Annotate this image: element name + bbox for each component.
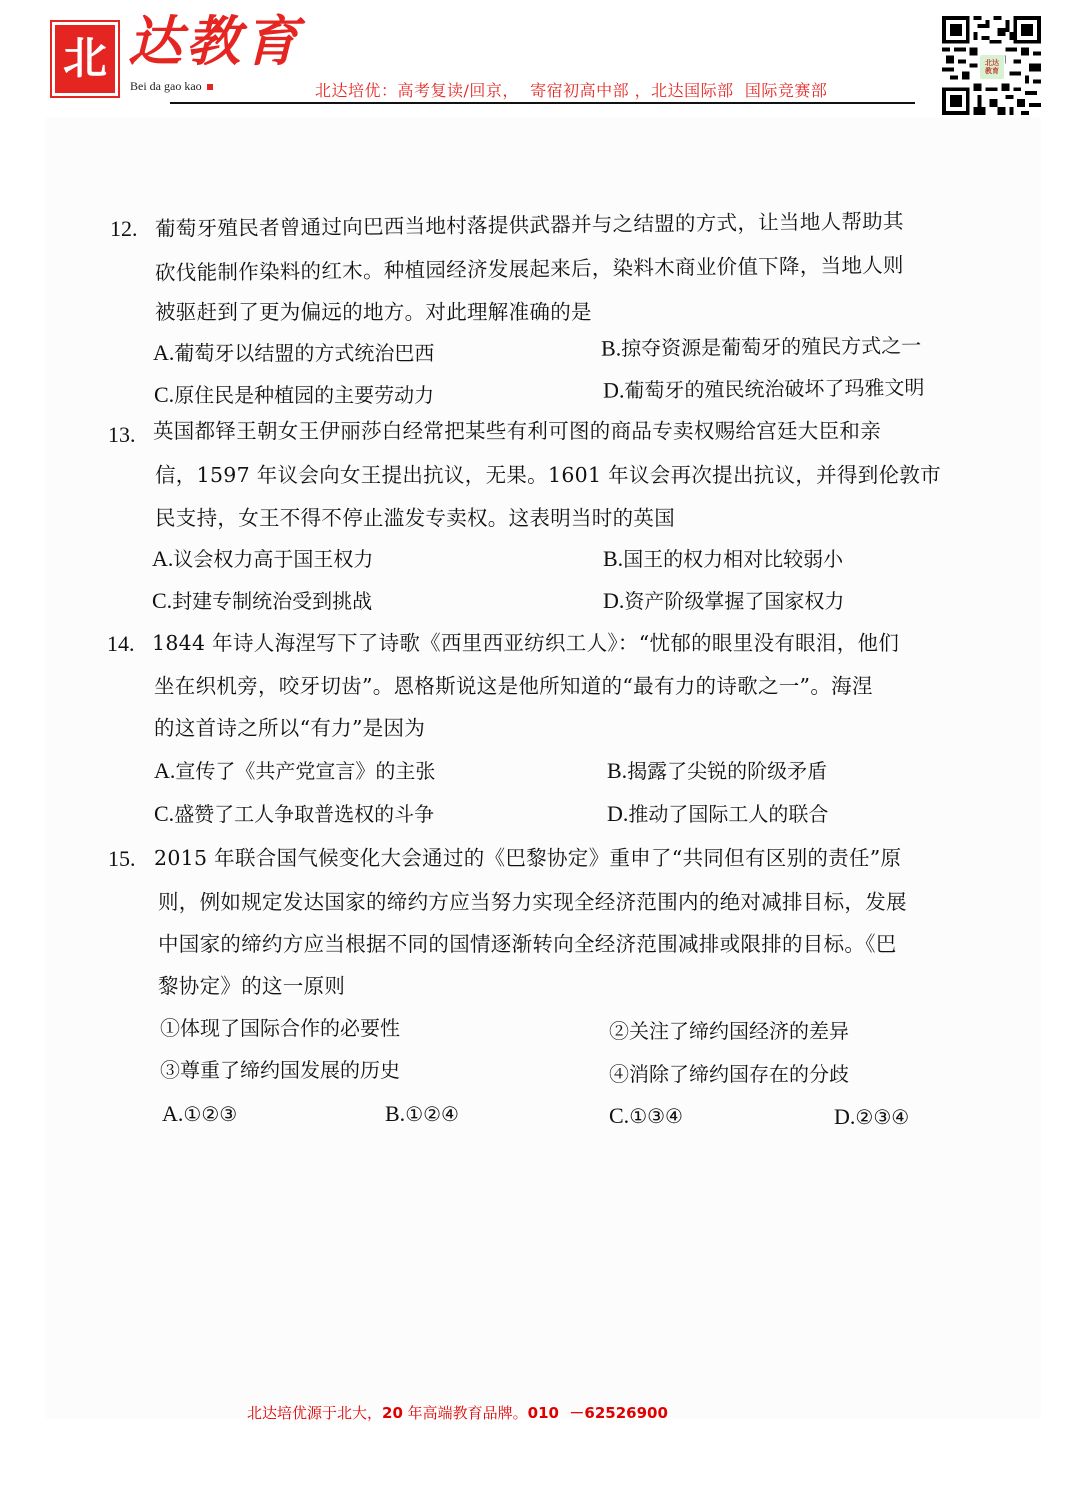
option-d[interactable]: D.葡萄牙的殖民统治破坏了玛雅文明 bbox=[603, 376, 925, 401]
logo-subtitle: Bei da gao kao bbox=[130, 79, 213, 94]
question-number: 14. bbox=[107, 633, 135, 655]
option-b[interactable]: B.①②④ bbox=[385, 1103, 459, 1125]
option-a[interactable]: A.①②③ bbox=[162, 1103, 237, 1125]
option-letter: A. bbox=[162, 1101, 183, 1126]
option-text: ②③④ bbox=[855, 1105, 909, 1129]
option-text: 原住民是种植园的主要劳动力 bbox=[174, 383, 434, 407]
option-letter: A. bbox=[153, 340, 174, 365]
option-a[interactable]: A.议会权力高于国王权力 bbox=[152, 548, 373, 570]
red-square-icon bbox=[207, 84, 213, 90]
option-text: 盛赞了工人争取普选权的斗争 bbox=[174, 802, 434, 826]
option-text: 封建专制统治受到挑战 bbox=[172, 589, 372, 613]
option-letter: B. bbox=[603, 546, 623, 571]
question-stem-line: 2015 年联合国气候变化大会通过的《巴黎协定》重申了“共同但有区别的责任”原 bbox=[154, 848, 901, 869]
question-number: 12. bbox=[110, 218, 138, 240]
footer-phone: 010 －62526900 bbox=[528, 1404, 668, 1422]
option-letter: D. bbox=[603, 377, 625, 402]
question-stem-line: 黎协定》的这一原则 bbox=[158, 976, 345, 997]
option-text: 葡萄牙的殖民统治破坏了玛雅文明 bbox=[624, 375, 924, 402]
option-c[interactable]: C.原住民是种植园的主要劳动力 bbox=[154, 384, 434, 406]
option-d[interactable]: D.②③④ bbox=[834, 1106, 909, 1128]
option-text: 国王的权力相对比较弱小 bbox=[623, 547, 843, 571]
question-number: 13. bbox=[108, 424, 136, 446]
logo-mark: 北 bbox=[50, 20, 120, 98]
page-footer: 北达培优源于北大，20 年高端教育品牌。010 －62526900 bbox=[247, 1402, 668, 1423]
option-text: ①②④ bbox=[405, 1102, 459, 1126]
question-stem-line: 英国都铎王朝女王伊丽莎白经常把某些有利可图的商品专卖权赐给宫廷大臣和亲 bbox=[153, 421, 881, 442]
option-letter: D. bbox=[603, 588, 624, 613]
statement-1: ①体现了国际合作的必要性 bbox=[160, 1018, 400, 1038]
question-stem-line: 坐在织机旁，咬牙切齿”。恩格斯说这是他所知道的“最有力的诗歌之一”。海涅 bbox=[154, 676, 873, 697]
logo-title: 达教育 bbox=[128, 14, 302, 68]
option-b[interactable]: B.掠夺资源是葡萄牙的殖民方式之一 bbox=[601, 334, 921, 359]
option-b[interactable]: B.国王的权力相对比较弱小 bbox=[603, 548, 843, 570]
option-text: 推动了国际工人的联合 bbox=[628, 802, 828, 826]
qr-center-text-2: 教育 bbox=[985, 67, 999, 75]
option-text: ①③④ bbox=[629, 1104, 683, 1128]
header-slogan: 北达培优：高考复读/回京， 寄宿初高中部 ，北达国际部 国际竞赛部 bbox=[315, 78, 827, 101]
option-letter: C. bbox=[152, 588, 172, 613]
page-header: 北 达教育 Bei da gao kao 北达培优：高考复读/回京， 寄宿初高中… bbox=[0, 0, 1087, 118]
footer-years: 20 bbox=[382, 1404, 403, 1422]
logo-subtitle-text: Bei da gao kao bbox=[130, 79, 202, 94]
question-stem-line: 被驱赶到了更为偏远的地方。对此理解准确的是 bbox=[155, 302, 592, 323]
option-letter: B. bbox=[385, 1101, 405, 1126]
question-stem-line: 中国家的缔约方应当根据不同的国情逐渐转向全经济范围减排或限排的目标。《巴 bbox=[158, 934, 897, 955]
option-a[interactable]: A.宣传了《共产党宣言》的主张 bbox=[154, 760, 435, 782]
footer-text: 年高端教育品牌。 bbox=[403, 1404, 528, 1422]
option-text: 葡萄牙以结盟的方式统治巴西 bbox=[174, 341, 434, 365]
statement-2: ②关注了缔约国经济的差异 bbox=[609, 1021, 849, 1041]
question-stem-line: 1844 年诗人海涅写下了诗歌《西里西亚纺织工人》：“忧郁的眼里没有眼泪，他们 bbox=[152, 633, 899, 654]
question-stem-line: 的这首诗之所以“有力”是因为 bbox=[154, 718, 425, 739]
option-text: 掠夺资源是葡萄牙的殖民方式之一 bbox=[621, 333, 921, 360]
option-text: 资产阶级掌握了国家权力 bbox=[624, 589, 844, 613]
option-c[interactable]: C.①③④ bbox=[609, 1105, 683, 1127]
option-d[interactable]: D.资产阶级掌握了国家权力 bbox=[603, 590, 844, 612]
option-b[interactable]: B.揭露了尖锐的阶级矛盾 bbox=[607, 760, 827, 782]
question-stem-line: 民支持，女王不得不停止滥发专卖权。这表明当时的英国 bbox=[155, 508, 675, 529]
option-c[interactable]: C.盛赞了工人争取普选权的斗争 bbox=[154, 803, 434, 825]
header-divider bbox=[170, 102, 915, 104]
option-letter: D. bbox=[834, 1104, 855, 1129]
option-text: 议会权力高于国王权力 bbox=[173, 547, 373, 571]
logo-mark-char: 北 bbox=[63, 37, 107, 81]
question-stem-line: 则，例如规定发达国家的缔约方应当努力实现全经济范围内的绝对减排目标，发展 bbox=[158, 892, 907, 913]
statement-4: ④消除了缔约国存在的分歧 bbox=[609, 1064, 849, 1084]
option-letter: A. bbox=[152, 546, 173, 571]
question-number: 15. bbox=[108, 848, 136, 870]
option-c[interactable]: C.封建专制统治受到挑战 bbox=[152, 590, 372, 612]
option-letter: C. bbox=[154, 801, 174, 826]
statement-3: ③尊重了缔约国发展的历史 bbox=[160, 1060, 400, 1080]
option-letter: D. bbox=[607, 801, 628, 826]
option-text: ①②③ bbox=[183, 1102, 237, 1126]
question-stem-line: 信，1597 年议会向女王提出抗议，无果。1601 年议会再次提出抗议，并得到伦… bbox=[155, 465, 941, 486]
option-a[interactable]: A.葡萄牙以结盟的方式统治巴西 bbox=[153, 342, 434, 364]
option-letter: C. bbox=[154, 382, 174, 407]
option-letter: A. bbox=[154, 758, 175, 783]
option-letter: C. bbox=[609, 1103, 629, 1128]
qr-center-logo: 北达 教育 bbox=[979, 54, 1005, 80]
footer-text: 北达培优源于北大， bbox=[247, 1404, 382, 1422]
option-text: 揭露了尖锐的阶级矛盾 bbox=[627, 759, 827, 783]
option-letter: B. bbox=[601, 335, 621, 360]
option-text: 宣传了《共产党宣言》的主张 bbox=[175, 759, 435, 783]
option-d[interactable]: D.推动了国际工人的联合 bbox=[607, 803, 828, 825]
option-letter: B. bbox=[607, 758, 627, 783]
qr-code-icon: 北达 教育 bbox=[941, 16, 1042, 115]
